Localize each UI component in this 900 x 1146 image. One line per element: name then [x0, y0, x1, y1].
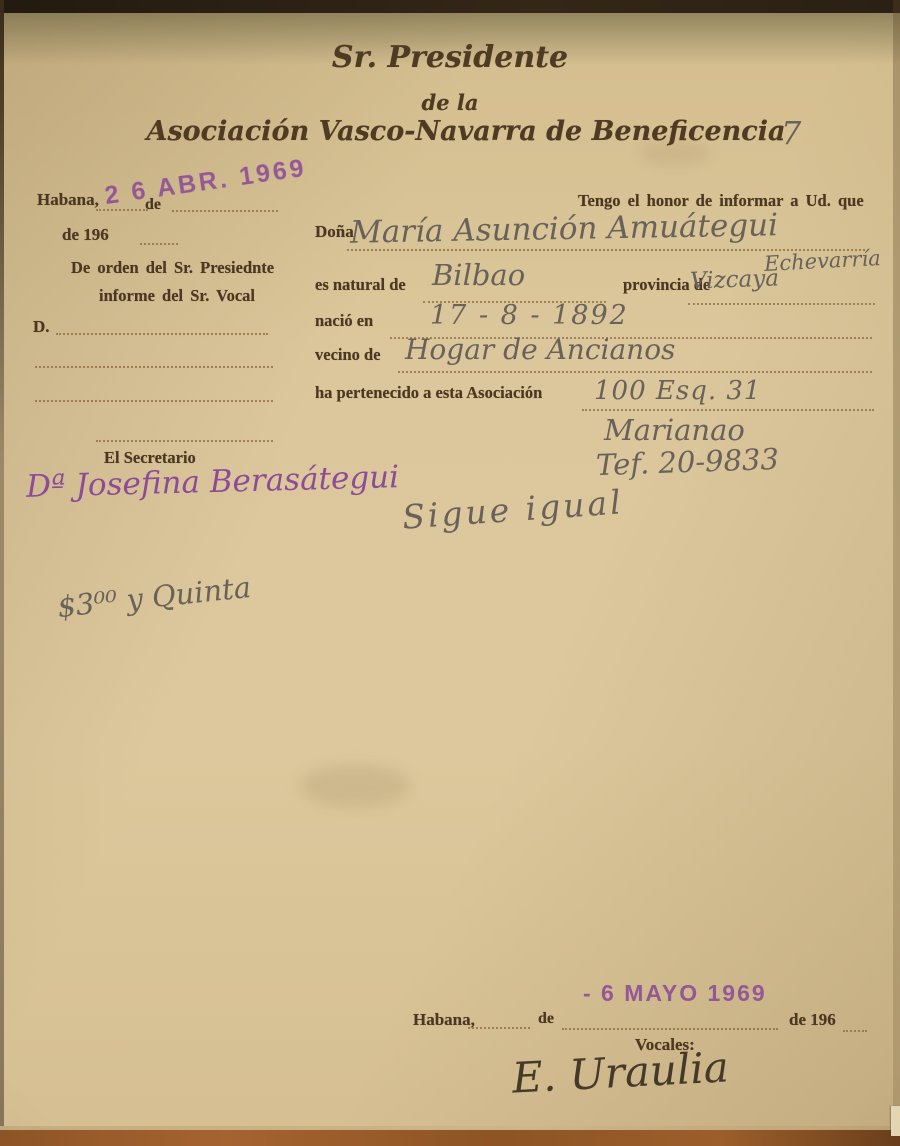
address1-handwritten: 100 Esq. 31 [594, 376, 761, 406]
dotted-line [843, 1030, 867, 1032]
date-stamp-reviewed: - 6 MAYO 1969 [583, 980, 767, 1007]
dotted-line [96, 440, 273, 442]
header-salutation: Sr. Presidente [0, 40, 900, 75]
dotted-line [562, 1028, 778, 1030]
order-line2: informe del Sr. Vocal [99, 286, 255, 306]
photo-vignette [0, 0, 900, 1146]
secretary-signature-handwritten: Dª Josefina Berasátegui [26, 459, 400, 505]
residence-handwritten: Hogar de Ancianos [405, 333, 675, 366]
fee-note-handwritten: $3⁰⁰ y Quinta [56, 570, 253, 624]
underlying-page-tab [891, 1106, 900, 1136]
dotted-line [96, 209, 148, 211]
dotted-line [140, 243, 178, 245]
date-stamp-received: 2 6 ABR. 1969 [103, 154, 309, 211]
dotted-line [35, 366, 273, 368]
vocal-signature-handwritten: E. Uraulia [511, 1042, 730, 1102]
paper-stain [300, 765, 410, 807]
photo-top-edge [0, 0, 900, 13]
footer-habana-label: Habana, [413, 1010, 475, 1030]
dotted-line [56, 333, 268, 335]
margin-note-handwritten: 7 [781, 114, 801, 152]
member-name-handwritten: María Asunción Amuátegui [350, 207, 779, 250]
status-note-handwritten: Sigue igual [401, 482, 625, 536]
member-since-label: ha pertenecido a esta Asociación [315, 383, 542, 403]
dotted-line [398, 371, 872, 373]
dotted-line [172, 210, 278, 212]
born-label: nació en [315, 311, 373, 331]
book-spine-edge [0, 0, 4, 1146]
birthplace-handwritten: Bilbao [432, 258, 525, 292]
habana-label: Habana, [37, 190, 99, 210]
address3-handwritten: Tef. 20-9833 [595, 442, 779, 482]
birthdate-handwritten: 17 - 8 - 1892 [430, 300, 629, 331]
address2-handwritten: Marianao [604, 413, 745, 447]
footer-year-label: de 196 [789, 1010, 836, 1030]
province-handwritten: Vizcaya [690, 265, 780, 294]
dotted-line [688, 303, 875, 305]
page-right-edge [893, 0, 900, 1146]
book-bottom-edge [0, 1130, 900, 1146]
vocal-name-label: D. [33, 317, 50, 337]
dona-label: Doña [315, 222, 354, 242]
natural-label: es natural de [315, 275, 406, 295]
scanned-document: Sr. Presidente de la Asociación Vasco-Na… [0, 0, 900, 1146]
dotted-line [35, 400, 273, 402]
dotted-line [468, 1027, 530, 1029]
resident-label: vecino de [315, 345, 381, 365]
de-label: de [145, 196, 161, 214]
footer-de-label: de [538, 1010, 554, 1028]
order-line1: De orden del Sr. Presiednte [71, 258, 274, 278]
province-note-handwritten: Echevarría [763, 246, 881, 276]
header-organization: Asociación Vasco-Navarra de Beneficencia [0, 116, 900, 147]
header-connector: de la [0, 90, 900, 115]
year-label: de 196 [62, 225, 109, 245]
dotted-line [582, 409, 874, 411]
